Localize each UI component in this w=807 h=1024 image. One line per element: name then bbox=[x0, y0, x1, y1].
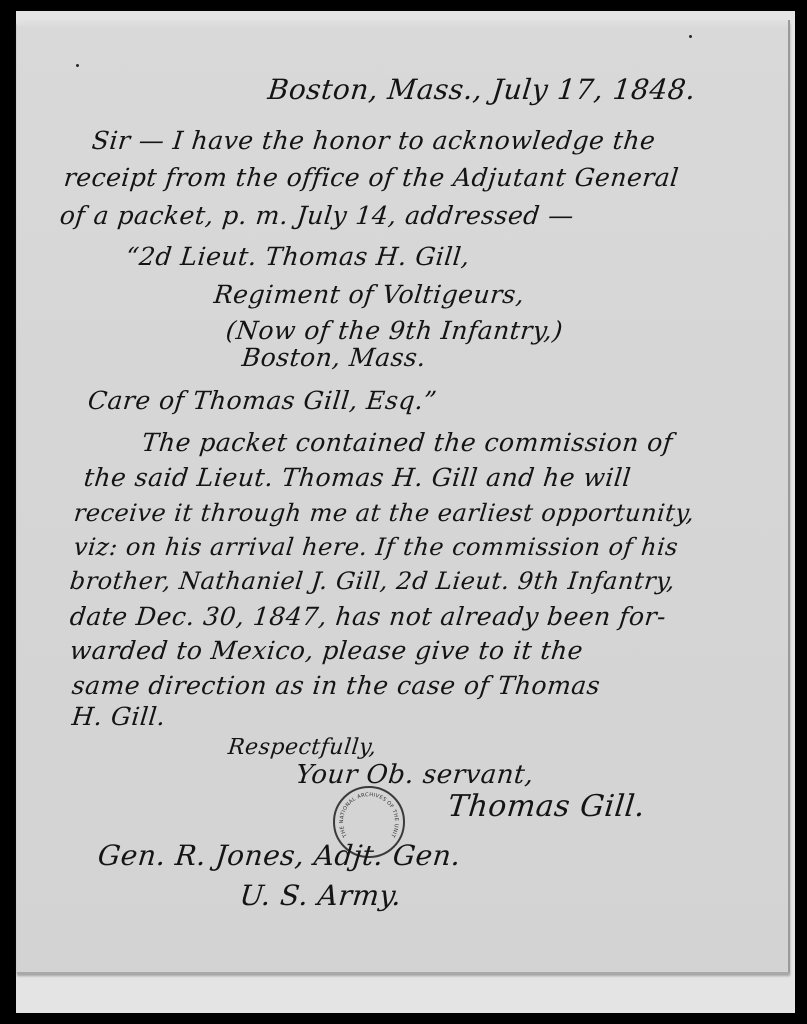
address-line-4: Boston, Mass. bbox=[241, 345, 428, 370]
address-line-1: “2d Lieut. Thomas H. Gill, bbox=[125, 244, 472, 269]
paragraph-line-7: warded to Mexico, please give to it the bbox=[69, 638, 585, 663]
paragraph-line-3: receive it through me at the earliest op… bbox=[73, 501, 696, 525]
signature: Thomas Gill. bbox=[446, 792, 646, 822]
ink-speck bbox=[76, 64, 79, 67]
dateline: Boston, Mass., July 17, 1848. bbox=[267, 76, 698, 104]
address-line-2: Regiment of Voltigeurs, bbox=[213, 282, 526, 307]
body-line-1: Sir — I have the honor to acknowledge th… bbox=[91, 128, 657, 153]
svg-text:THE NATIONAL ARCHIVES OF THE U: THE NATIONAL ARCHIVES OF THE UNITED STAT… bbox=[333, 786, 399, 839]
paragraph-line-1: The packet contained the commission of bbox=[141, 430, 674, 455]
address-line-5: Care of Thomas Gill, Esq.” bbox=[87, 388, 438, 413]
ink-speck bbox=[689, 35, 692, 38]
paragraph-line-4: viz: on his arrival here. If the commiss… bbox=[73, 535, 680, 559]
paragraph-line-9: H. Gill. bbox=[71, 704, 167, 729]
recipient-line-1: Gen. R. Jones, Adjt. Gen. bbox=[97, 842, 463, 870]
body-line-3: of a packet, p. m. July 14, addressed — bbox=[59, 203, 575, 228]
closing-respectfully: Respectfully, bbox=[227, 737, 378, 759]
closing-servant: Your Ob. servant, bbox=[295, 762, 536, 788]
body-line-2: receipt from the office of the Adjutant … bbox=[63, 165, 680, 190]
address-line-3: (Now of the 9th Infantry,) bbox=[225, 318, 565, 343]
paragraph-line-8: same direction as in the case of Thomas bbox=[71, 673, 602, 698]
paragraph-line-2: the said Lieut. Thomas H. Gill and he wi… bbox=[83, 465, 633, 490]
paragraph-line-6: date Dec. 30, 1847, has not already been… bbox=[69, 604, 668, 629]
paragraph-line-5: brother, Nathaniel J. Gill, 2d Lieut. 9t… bbox=[69, 569, 677, 593]
recipient-line-2: U. S. Army. bbox=[239, 882, 403, 910]
